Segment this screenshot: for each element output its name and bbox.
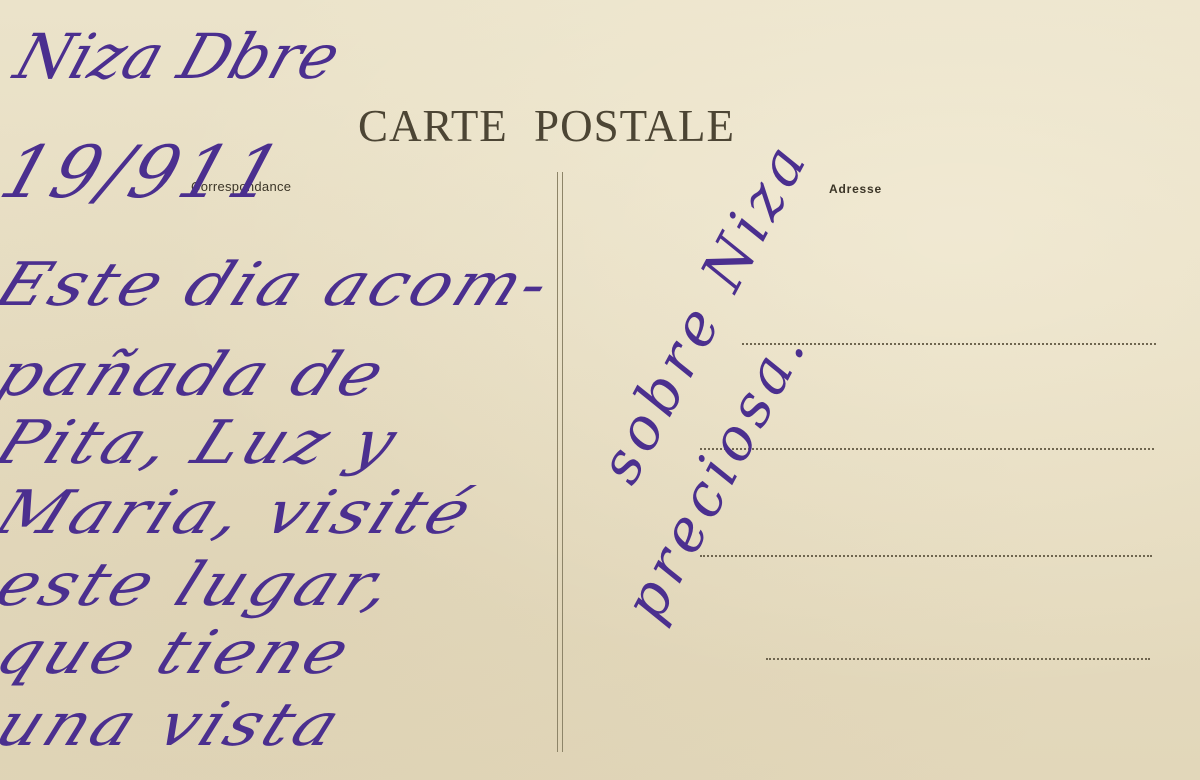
- message-line: que tiene: [0, 618, 363, 688]
- postcard-back: CARTE POSTALE Correspondance Adresse Niz…: [0, 0, 1200, 780]
- message-line: Este dia acom-: [0, 250, 563, 320]
- message-line: este lugar,: [0, 550, 407, 620]
- message-line: una vista: [0, 690, 353, 760]
- adresse-label: Adresse: [829, 182, 882, 196]
- address-line-2: [700, 448, 1154, 450]
- address-line-3: [700, 555, 1152, 557]
- handwritten-greeting: Niza Dbre: [6, 20, 349, 93]
- address-line-4: [766, 658, 1150, 660]
- message-line: Pita, Luz y: [0, 408, 410, 478]
- message-line: Maria, visité: [0, 478, 485, 548]
- handwritten-date: 19/911: [0, 130, 295, 214]
- postcard-title: CARTE POSTALE: [358, 100, 735, 152]
- message-line: pañada de: [0, 340, 398, 410]
